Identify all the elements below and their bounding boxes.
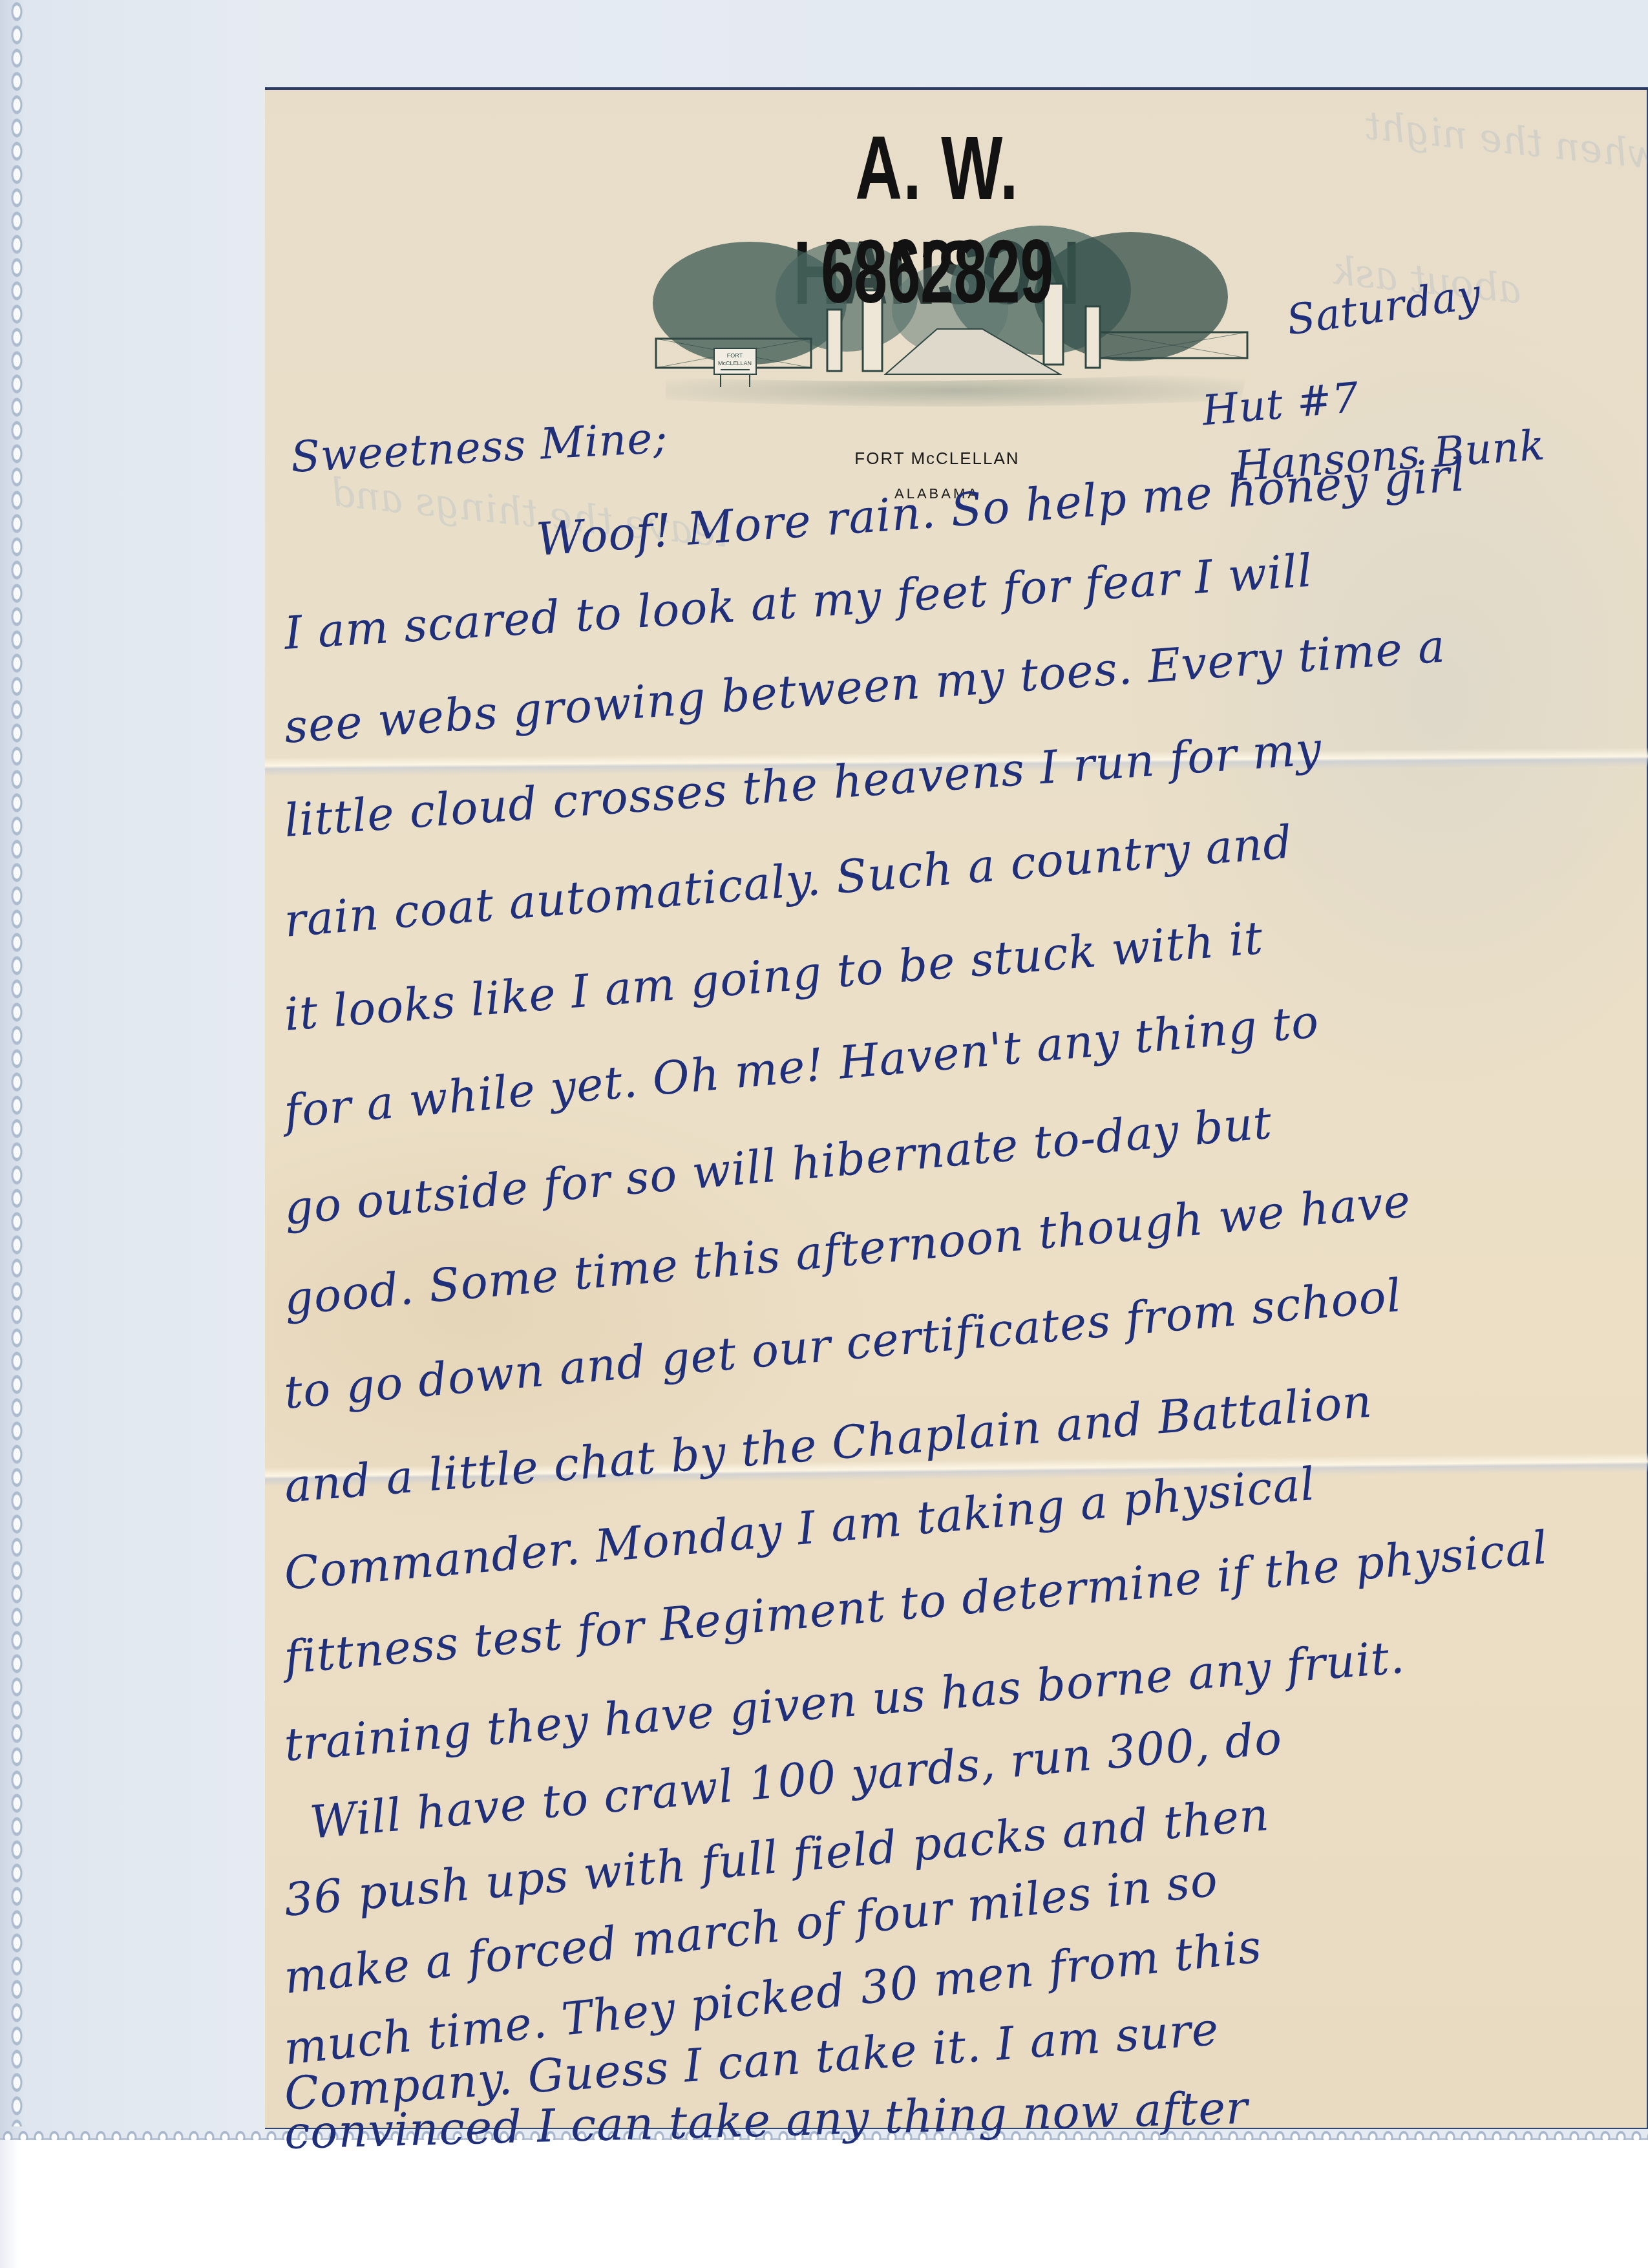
letterhead-serial-number: 6862829 xyxy=(724,219,1150,324)
scanner-bed xyxy=(0,2140,1648,2268)
letterhead: FORT McCLELLAN A. W. HANSON 6862829 FORT… xyxy=(614,116,1260,452)
show-through-text: that even when the night xyxy=(1362,103,1648,199)
letterhead-location: FORT McCLELLAN xyxy=(614,449,1260,469)
protector-perforation-left xyxy=(9,0,25,2126)
svg-text:FORT: FORT xyxy=(727,352,743,359)
letter-page: that even when the night leave the thing… xyxy=(265,87,1648,2129)
salutation: Sweetness Mine; xyxy=(290,412,669,482)
svg-text:McCLELLAN: McCLELLAN xyxy=(718,360,752,366)
